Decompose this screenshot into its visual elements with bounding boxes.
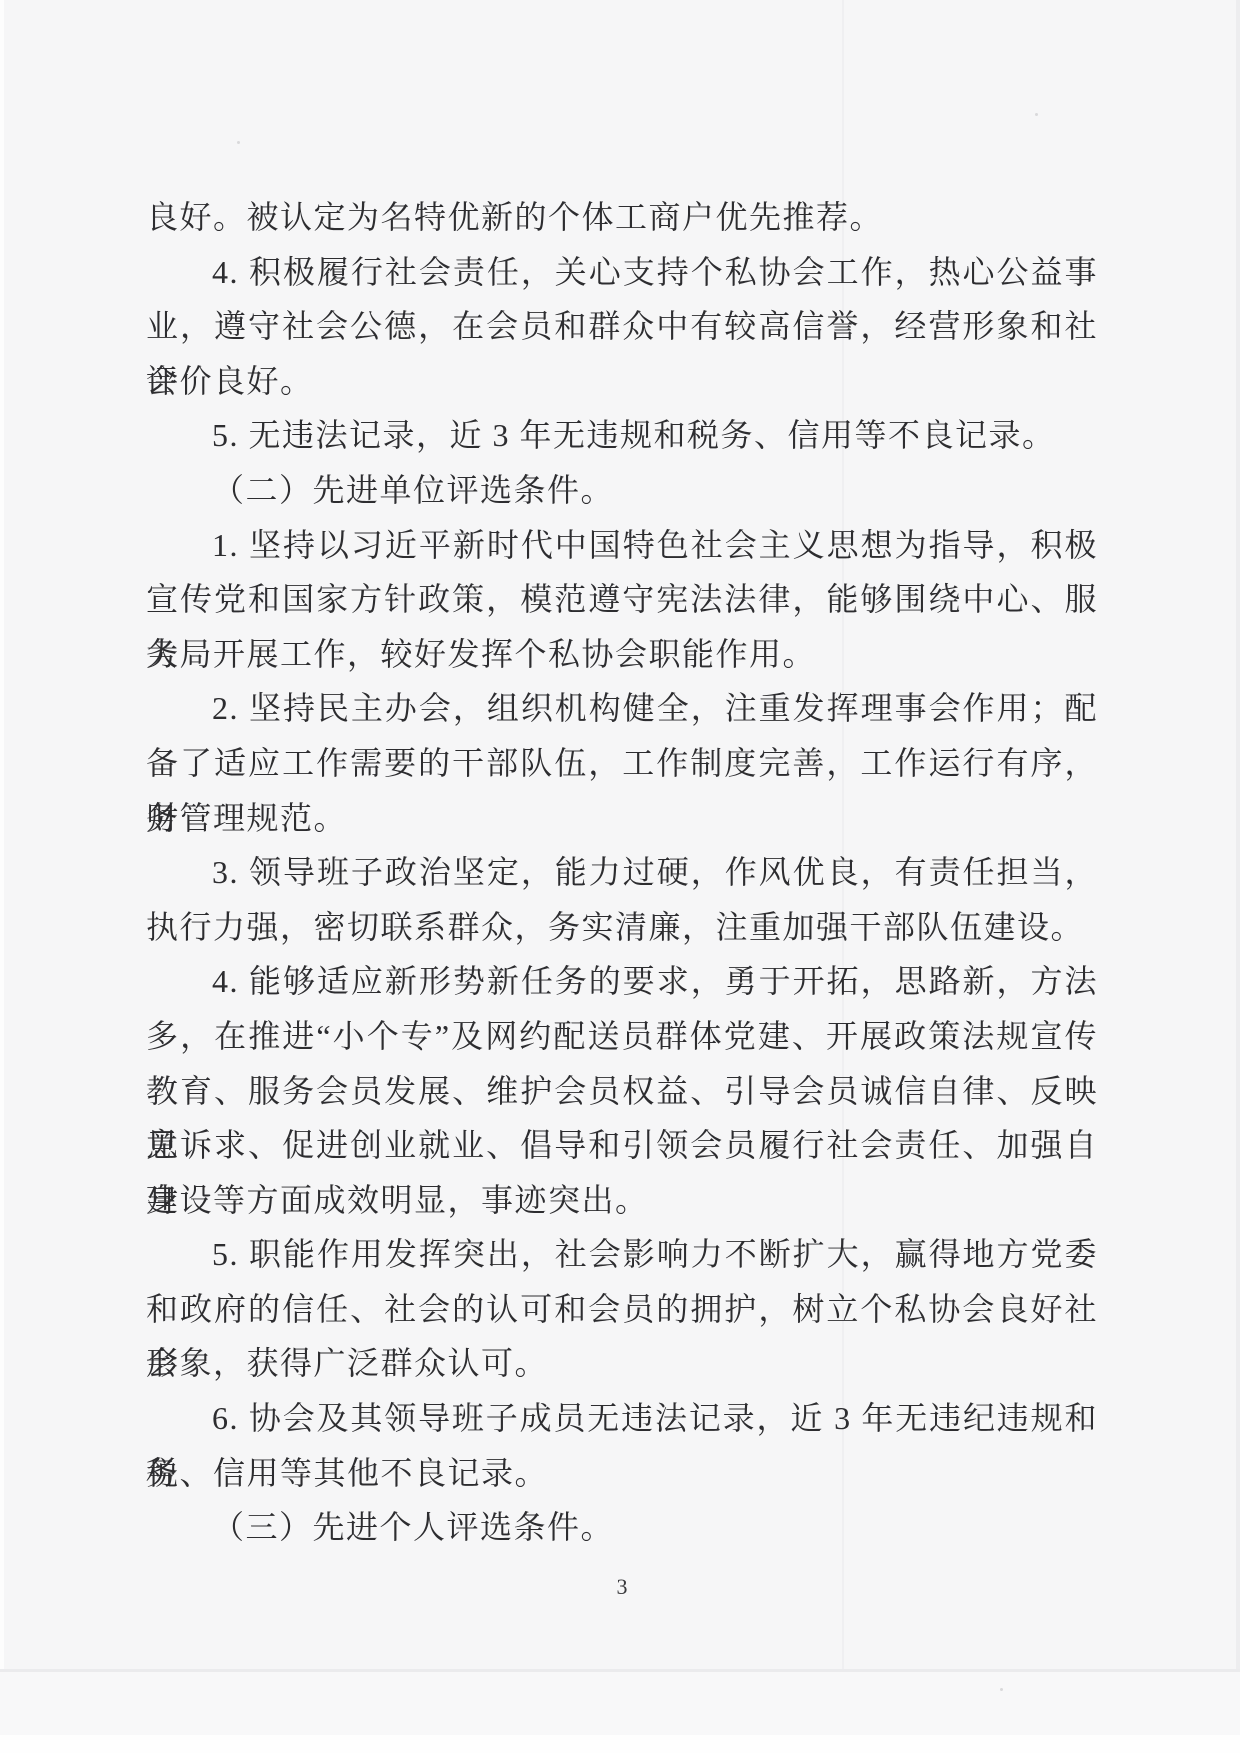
document-line: 建设等方面成效明显，事迹突出。 [146,1173,1098,1228]
document-line: （三）先进个人评选条件。 [146,1500,1098,1555]
document-line: 5. 职能作用发挥突出，社会影响力不断扩大，赢得地方党委 [146,1227,1098,1282]
document-body: 良好。被认定为名特优新的个体工商户优先推荐。4. 积极履行社会责任，关心支持个私… [146,190,1098,1555]
document-line: 和政府的信任、社会的认可和会员的拥护，树立个私协会良好社会 [146,1282,1098,1337]
document-line: 1. 坚持以习近平新时代中国特色社会主义思想为指导，积极 [146,518,1098,573]
document-line: 形象，获得广泛群众认可。 [146,1336,1098,1391]
page-number: 3 [146,1574,1098,1600]
document-line: 良好。被认定为名特优新的个体工商户优先推荐。 [146,190,1098,245]
document-line: 教育、服务会员发展、维护会员权益、引导会员诚信自律、反映意 [146,1064,1098,1119]
document-line: 见诉求、促进创业就业、倡导和引领会员履行社会责任、加强自身 [146,1118,1098,1173]
document-line: 4. 积极履行社会责任，关心支持个私协会工作，热心公益事 [146,245,1098,300]
document-line: 大局开展工作，较好发挥个私协会职能作用。 [146,627,1098,682]
scan-bottom-band [0,1672,1240,1735]
document-line: 备了适应工作需要的干部队伍，工作制度完善，工作运行有序，财 [146,736,1098,791]
document-line: 业，遵守社会公德，在会员和群众中有较高信誉，经营形象和社会 [146,299,1098,354]
document-line: 执行力强，密切联系群众，务实清廉，注重加强干部队伍建设。 [146,900,1098,955]
document-line: 务、信用等其他不良记录。 [146,1446,1098,1501]
scan-edge-right [1236,0,1240,1753]
document-page: 良好。被认定为名特优新的个体工商户优先推荐。4. 积极履行社会责任，关心支持个私… [0,0,1240,1753]
document-line: 宣传党和国家方针政策，模范遵守宪法法律，能够围绕中心、服务 [146,572,1098,627]
document-line: 评价良好。 [146,354,1098,409]
scan-speck [1035,113,1038,116]
scan-speck [237,141,240,144]
scan-speck [1000,1688,1003,1691]
scan-edge-left [0,0,4,1753]
document-line: 6. 协会及其领导班子成员无违法记录，近 3 年无违纪违规和税 [146,1391,1098,1446]
document-line: 2. 坚持民主办会，组织机构健全，注重发挥理事会作用；配 [146,681,1098,736]
document-line: （二）先进单位评选条件。 [146,463,1098,518]
document-line: 3. 领导班子政治坚定，能力过硬，作风优良，有责任担当， [146,845,1098,900]
document-line: 4. 能够适应新形势新任务的要求，勇于开拓，思路新，方法 [146,954,1098,1009]
document-line: 5. 无违法记录，近 3 年无违规和税务、信用等不良记录。 [146,408,1098,463]
scan-bottom-white [0,1735,1240,1753]
document-line: 多，在推进“小个专”及网约配送员群体党建、开展政策法规宣传 [146,1009,1098,1064]
document-line: 务管理规范。 [146,791,1098,846]
